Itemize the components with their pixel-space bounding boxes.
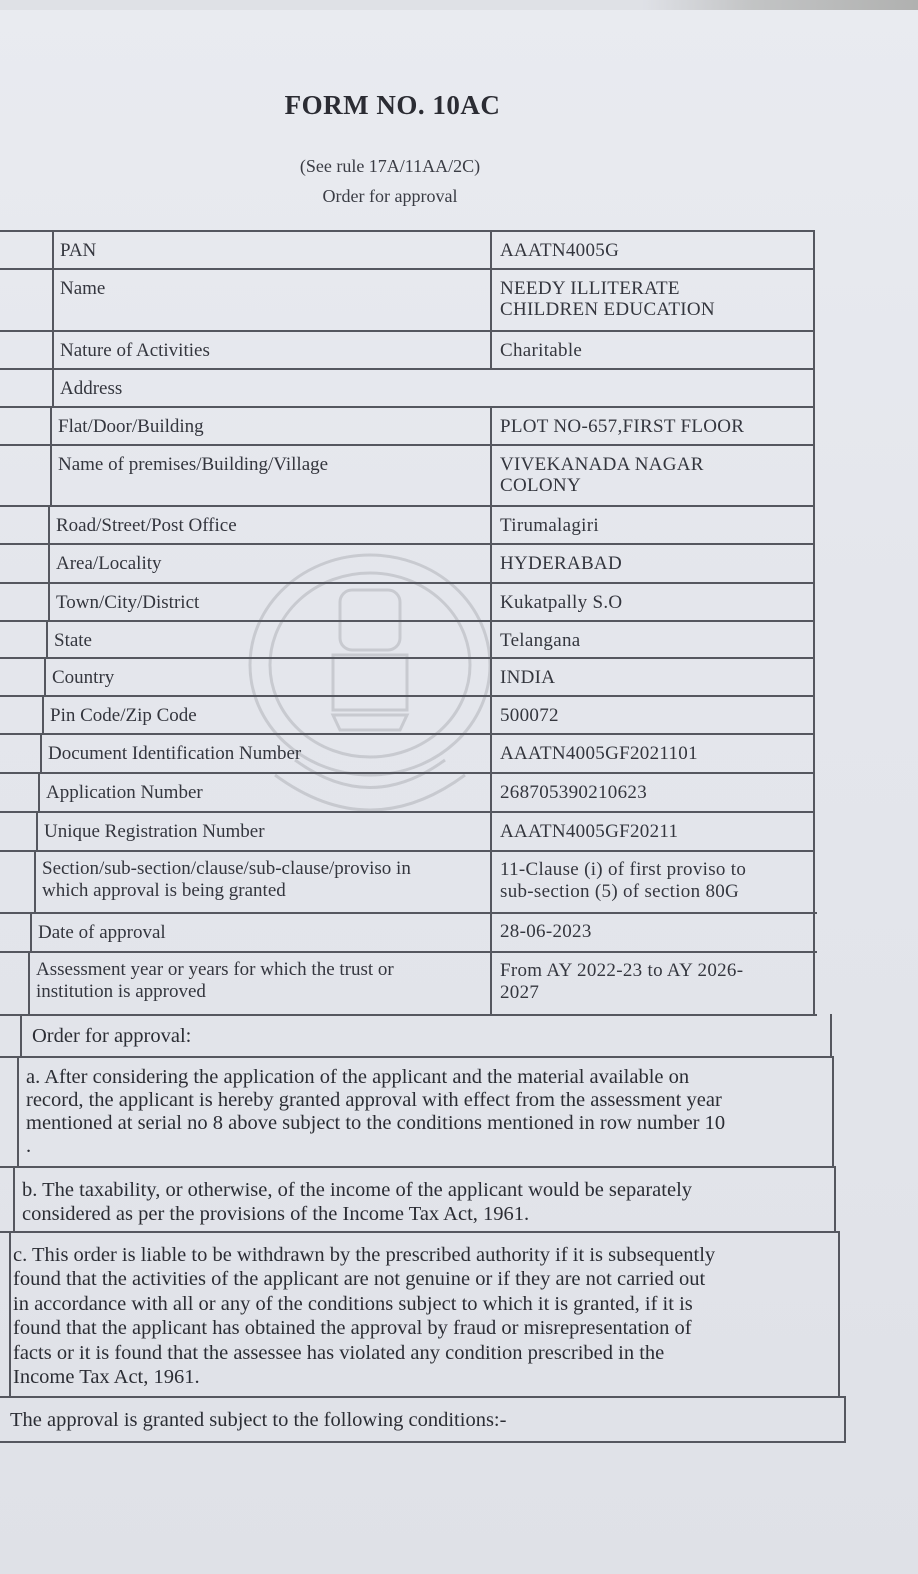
field-value: HYDERABAD <box>500 543 809 582</box>
field-label: Document Identification Number <box>48 733 488 772</box>
table-divider <box>813 811 815 852</box>
field-label: Nature of Activities <box>60 330 488 368</box>
field-value: VIVEKANADA NAGAR COLONY <box>500 444 809 505</box>
table-divider <box>28 951 30 1016</box>
table-divider <box>813 330 815 370</box>
table-divider <box>52 230 54 270</box>
table-divider <box>813 543 815 584</box>
table-divider <box>490 268 492 332</box>
order-para-c: c. This order is liable to be withdrawn … <box>13 1243 843 1393</box>
table-rule <box>0 1166 834 1168</box>
table-divider <box>46 620 48 659</box>
field-value: 500072 <box>500 695 809 733</box>
field-label: Flat/Door/Building <box>58 406 488 444</box>
field-label: Town/City/District <box>56 582 488 620</box>
field-label: Application Number <box>46 772 488 811</box>
table-divider <box>490 850 492 914</box>
field-label: State <box>54 620 488 657</box>
table-rule <box>0 1014 817 1016</box>
table-divider <box>490 951 492 1016</box>
table-divider <box>40 733 42 774</box>
table-divider <box>834 1166 836 1231</box>
table-divider <box>50 406 52 446</box>
table-divider <box>813 505 815 545</box>
table-divider <box>813 620 815 659</box>
field-label: Section/sub-section/clause/sub-clause/pr… <box>42 850 488 912</box>
table-divider <box>813 850 815 914</box>
table-divider <box>50 444 52 507</box>
table-divider <box>813 695 815 735</box>
field-value: 11-Clause (i) of first proviso to sub-se… <box>500 850 809 912</box>
table-divider <box>813 912 815 953</box>
order-heading: Order for approval: <box>32 1024 532 1048</box>
table-divider <box>48 543 50 584</box>
field-value: Kukatpally S.O <box>500 582 809 620</box>
table-divider <box>490 620 492 659</box>
table-divider <box>490 657 492 697</box>
table-rule <box>0 1396 844 1398</box>
field-label: Unique Registration Number <box>44 811 488 850</box>
field-label: Date of approval <box>38 912 488 951</box>
table-divider <box>44 657 46 697</box>
table-divider <box>813 368 815 408</box>
table-divider <box>34 850 36 914</box>
field-label: Address <box>60 368 811 406</box>
table-divider <box>813 444 815 507</box>
field-value: From AY 2022-23 to AY 2026- 2027 <box>500 951 809 1014</box>
field-value: 268705390210623 <box>500 772 809 811</box>
table-divider <box>490 444 492 507</box>
table-divider <box>813 772 815 813</box>
table-rule <box>0 1441 846 1443</box>
table-divider <box>52 330 54 370</box>
field-value: Tirumalagiri <box>500 505 809 543</box>
field-label: Area/Locality <box>56 543 488 582</box>
table-divider <box>813 406 815 446</box>
order-para-a: a. After considering the application of … <box>26 1066 836 1166</box>
field-value: 28-06-2023 <box>500 912 809 951</box>
table-divider <box>844 1396 846 1441</box>
field-label: Assessment year or years for which the t… <box>36 951 488 1014</box>
table-divider <box>36 811 38 852</box>
table-divider <box>813 268 815 332</box>
table-divider <box>52 368 54 408</box>
field-label: Pin Code/Zip Code <box>50 695 488 733</box>
table-divider <box>813 230 815 270</box>
table-divider <box>48 582 50 622</box>
table-divider <box>490 230 492 270</box>
table-divider <box>490 543 492 584</box>
form-subtitle: Order for approval <box>0 186 780 207</box>
field-value: AAATN4005G <box>500 230 809 268</box>
field-value: INDIA <box>500 657 809 695</box>
form-title: FORM NO. 10AC <box>0 90 785 121</box>
table-divider <box>813 582 815 622</box>
field-label: Name of premises/Building/Village <box>58 444 488 505</box>
field-value: Charitable <box>500 330 809 368</box>
form-rule: (See rule 17A/11AA/2C) <box>0 156 780 177</box>
table-divider <box>13 1166 15 1231</box>
table-divider <box>813 951 815 1016</box>
table-divider <box>30 912 32 953</box>
field-value: AAATN4005GF2021101 <box>500 733 809 772</box>
table-rule <box>0 1231 838 1233</box>
table-divider <box>813 733 815 774</box>
field-value: PLOT NO-657,FIRST FLOOR <box>500 406 809 444</box>
table-divider <box>490 406 492 446</box>
field-value: AAATN4005GF20211 <box>500 811 809 850</box>
table-divider <box>490 330 492 370</box>
field-label: PAN <box>60 230 488 268</box>
table-divider <box>490 582 492 622</box>
table-divider <box>490 505 492 545</box>
table-divider <box>48 505 50 545</box>
field-label: Name <box>60 268 488 330</box>
table-divider <box>490 912 492 953</box>
table-rule <box>0 1056 832 1058</box>
order-conditions: The approval is granted subject to the f… <box>10 1408 830 1434</box>
table-divider <box>52 268 54 332</box>
field-label: Road/Street/Post Office <box>56 505 488 543</box>
order-para-b: b. The taxability, or otherwise, of the … <box>22 1178 832 1228</box>
table-divider <box>490 733 492 774</box>
table-divider <box>490 695 492 735</box>
table-divider <box>830 1014 832 1056</box>
table-divider <box>813 657 815 697</box>
table-divider <box>20 1014 22 1056</box>
table-divider <box>38 772 40 813</box>
table-divider <box>42 695 44 735</box>
field-value: NEEDY ILLITERATE CHILDREN EDUCATION <box>500 268 809 330</box>
field-value: Telangana <box>500 620 809 657</box>
field-label: Country <box>52 657 488 695</box>
table-divider <box>490 772 492 813</box>
table-divider <box>17 1056 19 1166</box>
table-divider <box>9 1231 11 1396</box>
page-top-edge <box>0 0 918 10</box>
table-divider <box>490 811 492 852</box>
